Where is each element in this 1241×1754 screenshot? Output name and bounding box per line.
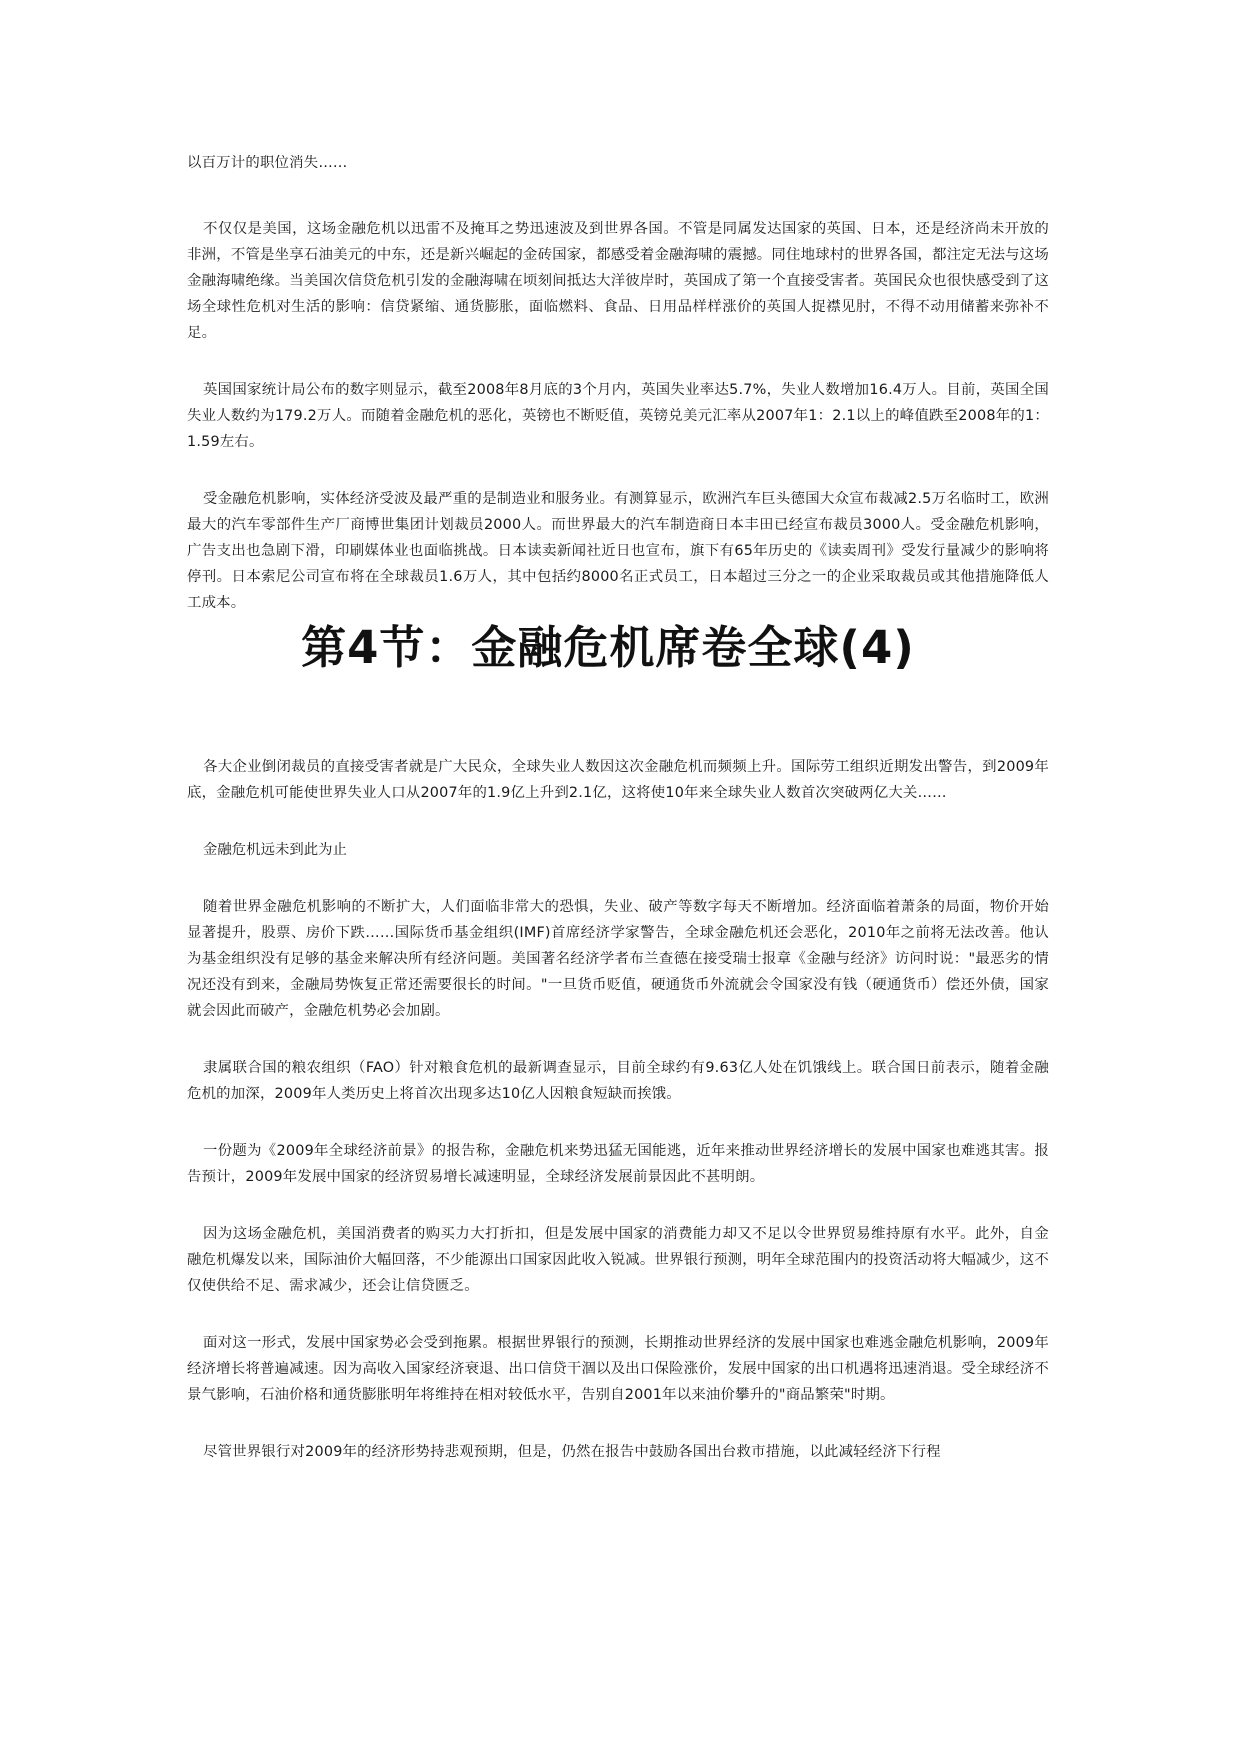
- paragraph-imf-warning: 随着世界金融危机影响的不断扩大，人们面临非常大的恐惧，失业、破产等数字每天不断增…: [187, 894, 1049, 1024]
- paragraph-consumer-purchasing: 因为这场金融危机，美国消费者的购买力大打折扣，但是发展中国家的消费能力却又不足以…: [187, 1221, 1049, 1299]
- paragraph-fao-hunger: 隶属联合国的粮农组织（FAO）针对粮食危机的最新调查显示，目前全球约有9.63亿…: [187, 1055, 1049, 1107]
- section-heading: 第4节：金融危机席卷全球(4): [167, 620, 1049, 676]
- paragraph-uk-statistics: 英国国家统计局公布的数字则显示，截至2008年8月底的3个月内，英国失业率达5.…: [187, 377, 1049, 455]
- paragraph-industry-layoffs: 受金融危机影响，实体经济受波及最严重的是制造业和服务业。有测算显示，欧洲汽车巨头…: [187, 486, 1049, 616]
- paragraph-continuation: 以百万计的职位消失……: [187, 150, 1049, 176]
- paragraph-global-spread: 不仅仅是美国，这场金融危机以迅雷不及掩耳之势迅速波及到世界各国。不管是同属发达国…: [187, 216, 1049, 346]
- paragraph-world-bank-measures: 尽管世界银行对2009年的经济形势持悲观预期，但是，仍然在报告中鼓励各国出台救市…: [187, 1439, 1049, 1465]
- paragraph-developing-countries: 面对这一形式，发展中国家势必会受到拖累。根据世界银行的预测，长期推动世界经济的发…: [187, 1330, 1049, 1408]
- paragraph-global-outlook-report: 一份题为《2009年全球经济前景》的报告称，金融危机来势迅猛无国能逃，近年来推动…: [187, 1138, 1049, 1190]
- document-page: 以百万计的职位消失…… 不仅仅是美国，这场金融危机以迅雷不及掩耳之势迅速波及到世…: [187, 150, 1049, 1496]
- paragraph-unemployment-rise: 各大企业倒闭裁员的直接受害者就是广大民众，全球失业人数因这次金融危机而频频上升。…: [187, 754, 1049, 806]
- subheading-crisis-not-over: 金融危机远未到此为止: [187, 837, 1049, 863]
